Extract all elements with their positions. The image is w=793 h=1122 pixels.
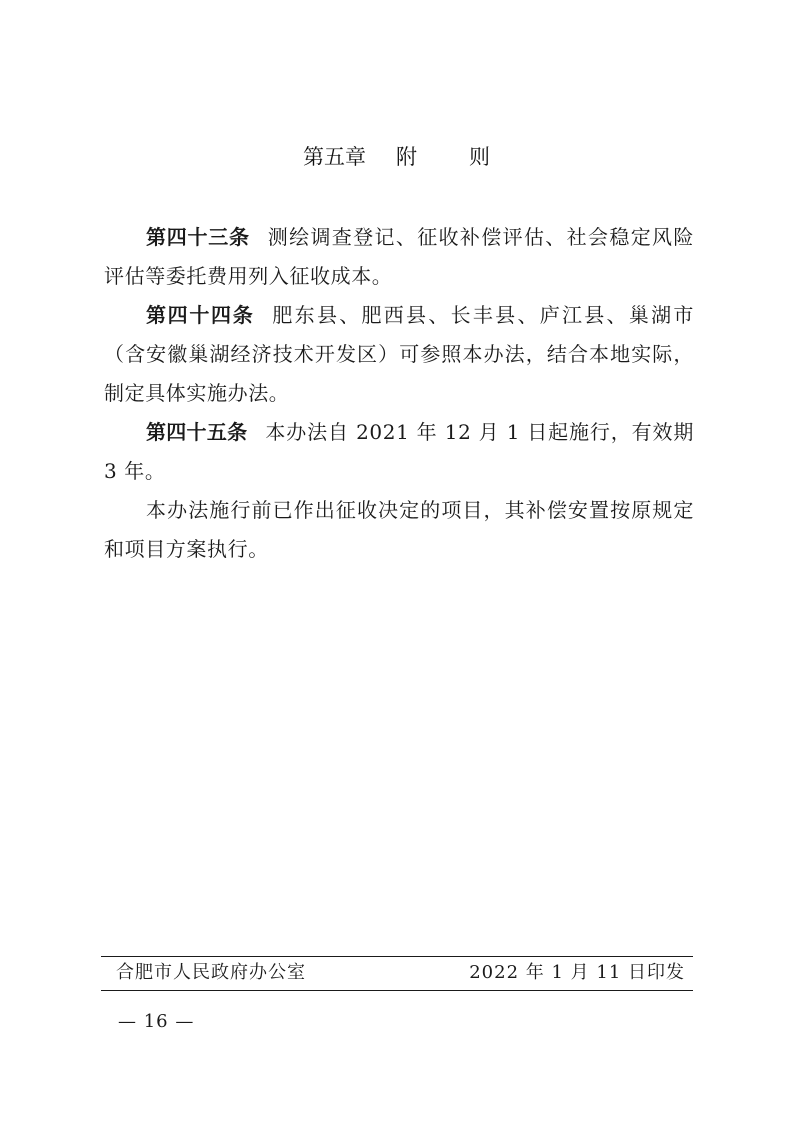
chapter-title-part2: 则 (469, 145, 490, 169)
article-43: 第四十三条测绘调查登记、征收补偿评估、社会稳定风险评估等委托费用列入征收成本。 (104, 218, 694, 296)
chapter-body: 第四十三条测绘调查登记、征收补偿评估、社会稳定风险评估等委托费用列入征收成本。 … (104, 218, 694, 569)
article-heading: 第四十四条 (146, 303, 254, 327)
issuer: 合肥市人民政府办公室 (116, 961, 306, 985)
page-number: — 16 — (118, 1010, 194, 1034)
article-heading: 第四十五条 (146, 420, 247, 444)
chapter-title-part1: 附 (396, 145, 417, 169)
chapter-title: 第五章附则 (0, 142, 793, 172)
document-page: 第五章附则 第四十三条测绘调查登记、征收补偿评估、社会稳定风险评估等委托费用列入… (0, 0, 793, 1122)
article-heading: 第四十三条 (146, 225, 250, 249)
closing-paragraph: 本办法施行前已作出征收决定的项目，其补偿安置按原规定和项目方案执行。 (104, 491, 694, 569)
issue-date: 2022 年 1 月 11 日印发 (469, 961, 685, 985)
colophon: 合肥市人民政府办公室 2022 年 1 月 11 日印发 (101, 956, 693, 991)
article-45: 第四十五条本办法自 2021 年 12 月 1 日起施行，有效期 3 年。 (104, 413, 694, 491)
article-44: 第四十四条肥东县、肥西县、长丰县、庐江县、巢湖市（含安徽巢湖经济技术开发区）可参… (104, 296, 694, 413)
chapter-number: 第五章 (303, 145, 366, 169)
